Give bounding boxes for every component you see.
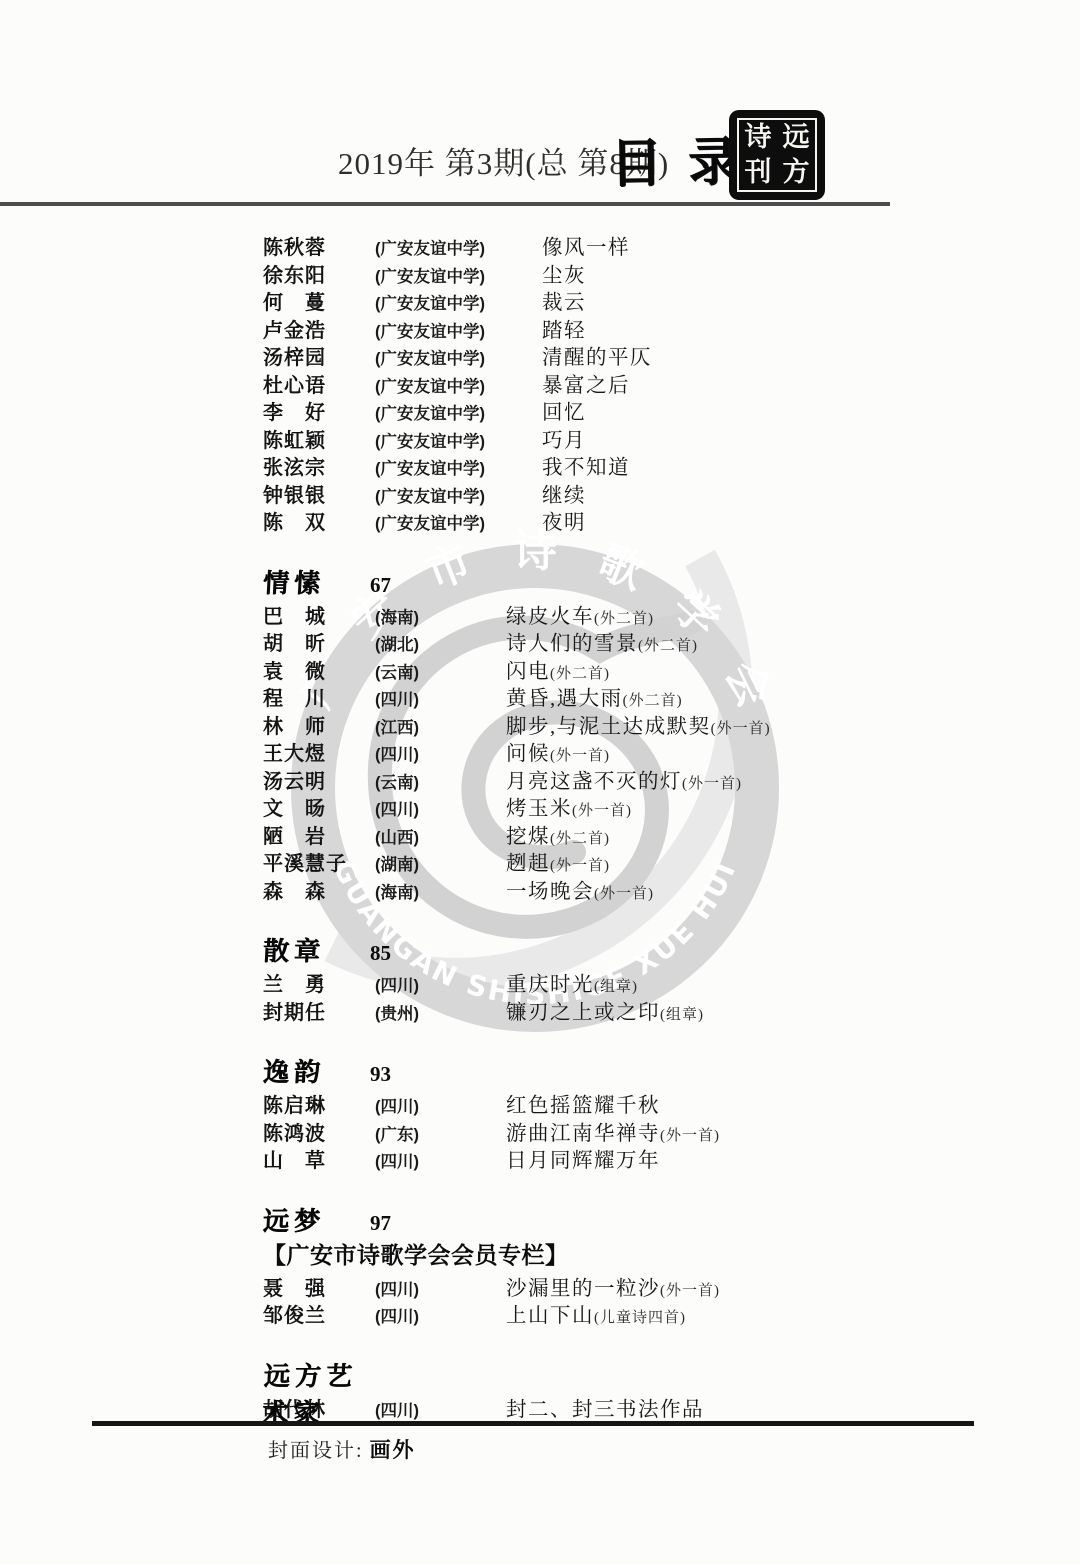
work-note: (外二首) xyxy=(638,638,698,654)
page-title-char-1: 目 xyxy=(610,132,689,194)
author-affiliation: (四川) xyxy=(375,1276,506,1300)
work-title: 像风一样 xyxy=(542,230,630,260)
author-affiliation: (广安友谊中学) xyxy=(375,235,542,259)
author-affiliation: (广安友谊中学) xyxy=(375,345,542,369)
author-name: 陈秋蓉 xyxy=(263,231,375,260)
work-note: (外二首) xyxy=(550,831,610,847)
work-title: 裁云 xyxy=(542,285,586,315)
author-affiliation: (云南) xyxy=(375,769,506,793)
author-name: 程 川 xyxy=(263,682,375,711)
author-name: 陈虹颖 xyxy=(263,424,375,453)
section-title: 远梦 xyxy=(262,1201,371,1238)
author-affiliation: (湖南) xyxy=(375,851,506,875)
toc-section: 情愫67巴 城(海南)绿皮火车(外二首)胡 昕(湖北)诗人们的雪景(外二首)袁 … xyxy=(263,563,983,902)
author-affiliation: (四川) xyxy=(375,796,506,820)
author-name: 胡 昕 xyxy=(263,627,375,656)
author-name: 巴 城 xyxy=(263,600,375,629)
author-affiliation: (贵州) xyxy=(375,1000,506,1024)
author-affiliation: (广东) xyxy=(375,1121,506,1145)
author-affiliation: (广安友谊中学) xyxy=(375,290,542,314)
toc-row: 陈虹颖(广安友谊中学)巧月 xyxy=(263,423,983,451)
work-note: (外一首) xyxy=(550,748,610,764)
author-name: 陈鸿波 xyxy=(263,1117,375,1146)
work-note: (组章) xyxy=(660,1007,704,1023)
section-page-number: 67 xyxy=(370,573,391,598)
toc-row: 汤云明(云南)月亮这盏不灭的灯(外一首) xyxy=(263,764,983,792)
toc-row: 胡 昕(湖北)诗人们的雪景(外二首) xyxy=(263,626,983,654)
work-title: 烤玉米(外一首) xyxy=(506,791,632,821)
author-affiliation: (广安友谊中学) xyxy=(375,318,542,342)
toc-row: 山 草(四川)日月同辉耀万年 xyxy=(263,1143,983,1171)
work-title: 诗人们的雪景(外二首) xyxy=(506,626,698,656)
author-affiliation: (广安友谊中学) xyxy=(375,510,542,534)
toc-row: 巴 城(海南)绿皮火车(外二首) xyxy=(263,599,983,627)
work-title: 我不知道 xyxy=(542,450,630,480)
author-affiliation: (四川) xyxy=(375,686,506,710)
author-name: 何 蔓 xyxy=(263,286,375,315)
work-title: 夜明 xyxy=(542,505,586,535)
toc-section: 逸韵93陈启琳(四川)红色摇篮耀千秋陈鸿波(广东)游曲江南华禅寺(外一首)山 草… xyxy=(263,1052,983,1171)
work-title: 日月同辉耀万年 xyxy=(506,1143,660,1173)
author-affiliation: (广安友谊中学) xyxy=(375,400,542,424)
author-name: 森 森 xyxy=(263,875,375,904)
toc-row: 陈鸿波(广东)游曲江南华禅寺(外一首) xyxy=(263,1116,983,1144)
work-note: (外一首) xyxy=(572,803,632,819)
work-title: 回忆 xyxy=(542,395,586,425)
toc-row: 兰 勇(四川)重庆时光(组章) xyxy=(263,967,983,995)
work-note: (外一首) xyxy=(594,886,654,902)
author-name: 陈 双 xyxy=(263,506,375,535)
seal-char-kan: 刊 xyxy=(739,155,777,190)
seal-char-fang: 方 xyxy=(777,155,815,190)
author-affiliation: (四川) xyxy=(375,1148,506,1172)
toc-row: 邹俊兰(四川)上山下山(儿童诗四首) xyxy=(263,1298,983,1326)
toc-row: 陈启琳(四川)红色摇篮耀千秋 xyxy=(263,1088,983,1116)
section-title: 远方艺术家 xyxy=(261,1356,372,1430)
author-name: 李 好 xyxy=(263,396,375,425)
toc-section: 散章85兰 勇(四川)重庆时光(组章)封期任(贵州)镰刃之上或之印(组章) xyxy=(263,931,983,1022)
work-note: (儿童诗四首) xyxy=(594,1310,686,1326)
author-name: 袁 微 xyxy=(263,655,375,684)
toc-section: 远方艺术家胡代林(四川)封二、封三书法作品 xyxy=(263,1356,983,1420)
section-page-number: 97 xyxy=(370,1211,391,1236)
author-affiliation: (湖北) xyxy=(375,631,506,655)
work-title: 踏轻 xyxy=(542,313,586,343)
section-page-number: 93 xyxy=(370,1062,391,1087)
section-heading: 远方艺术家 xyxy=(263,1356,983,1390)
toc-row: 卢金浩(广安友谊中学)踏轻 xyxy=(263,313,983,341)
toc-row: 聂 强(四川)沙漏里的一粒沙(外一首) xyxy=(263,1271,983,1299)
work-title: 一场晚会(外一首) xyxy=(506,874,654,904)
toc-row: 何 蔓(广安友谊中学)裁云 xyxy=(263,285,983,313)
author-affiliation: (广安友谊中学) xyxy=(375,263,542,287)
toc-row: 文 旸(四川)烤玉米(外一首) xyxy=(263,791,983,819)
work-note: (外一首) xyxy=(682,776,742,792)
author-name: 陈启琳 xyxy=(263,1089,375,1118)
author-affiliation: (四川) xyxy=(375,972,506,996)
author-name: 陋 岩 xyxy=(263,820,375,849)
work-note: (外一首) xyxy=(660,1283,720,1299)
author-affiliation: (四川) xyxy=(375,1093,506,1117)
author-affiliation: (广安友谊中学) xyxy=(375,428,542,452)
journal-seal-grid: 诗 远 刊 方 xyxy=(737,118,817,192)
toc-row: 陈秋蓉(广安友谊中学)像风一样 xyxy=(263,230,983,258)
journal-seal: 诗 远 刊 方 xyxy=(730,111,824,199)
work-title: 清醒的平仄 xyxy=(542,340,652,370)
toc-row: 钟银银(广安友谊中学)继续 xyxy=(263,478,983,506)
author-name: 钟银银 xyxy=(263,479,375,508)
work-title: 趔趄(外一首) xyxy=(506,846,610,876)
toc-row: 林 师(江西)脚步,与泥土达成默契(外一首) xyxy=(263,709,983,737)
author-name: 汤梓园 xyxy=(263,341,375,370)
author-name: 文 旸 xyxy=(263,792,375,821)
work-title: 挖煤(外二首) xyxy=(506,819,610,849)
section-title: 情愫 xyxy=(262,563,371,600)
toc-row: 陋 岩(山西)挖煤(外二首) xyxy=(263,819,983,847)
header-divider xyxy=(0,202,890,206)
author-affiliation: (海南) xyxy=(375,879,506,903)
seal-char-yuan: 远 xyxy=(777,120,815,155)
work-note: (外一首) xyxy=(550,858,610,874)
author-name: 林 师 xyxy=(263,710,375,739)
cover-design-label: 封面设计: xyxy=(268,1434,364,1463)
author-affiliation: (四川) xyxy=(375,1303,506,1327)
author-affiliation: (广安友谊中学) xyxy=(375,373,542,397)
work-note: (外一首) xyxy=(711,721,771,737)
seal-char-shi: 诗 xyxy=(739,120,777,155)
author-name: 汤云明 xyxy=(263,765,375,794)
toc-row: 王大煜(四川)问候(外一首) xyxy=(263,736,983,764)
author-name: 杜心语 xyxy=(263,369,375,398)
toc-list: 陈秋蓉(广安友谊中学)像风一样徐东阳(广安友谊中学)尘灰何 蔓(广安友谊中学)裁… xyxy=(263,230,983,1419)
author-name: 兰 勇 xyxy=(263,968,375,997)
author-name: 聂 强 xyxy=(263,1272,375,1301)
work-title: 镰刃之上或之印(组章) xyxy=(506,995,704,1025)
section-heading: 远梦97 xyxy=(263,1201,983,1235)
work-title: 闪电(外二首) xyxy=(506,654,610,684)
author-affiliation: (广安友谊中学) xyxy=(375,455,542,479)
author-name: 王大煜 xyxy=(263,737,375,766)
toc-section: 陈秋蓉(广安友谊中学)像风一样徐东阳(广安友谊中学)尘灰何 蔓(广安友谊中学)裁… xyxy=(263,230,983,533)
section-page-number: 85 xyxy=(370,941,391,966)
toc-row: 程 川(四川)黄昏,遇大雨(外二首) xyxy=(263,681,983,709)
toc-row: 胡代林(四川)封二、封三书法作品 xyxy=(263,1392,983,1420)
work-title: 巧月 xyxy=(542,423,586,453)
footer-divider xyxy=(92,1421,974,1426)
toc-row: 森 森(海南)一场晚会(外一首) xyxy=(263,874,983,902)
author-name: 徐东阳 xyxy=(263,259,375,288)
toc-row: 李 好(广安友谊中学)回忆 xyxy=(263,395,983,423)
author-affiliation: (山西) xyxy=(375,824,506,848)
author-name: 封期任 xyxy=(263,996,375,1025)
cover-design-credit: 封面设计: 画外 xyxy=(268,1434,416,1464)
section-heading: 情愫67 xyxy=(263,563,983,597)
work-note: (外二首) xyxy=(550,666,610,682)
toc-row: 汤梓园(广安友谊中学)清醒的平仄 xyxy=(263,340,983,368)
author-affiliation: (四川) xyxy=(375,741,506,765)
toc-row: 封期任(贵州)镰刃之上或之印(组章) xyxy=(263,995,983,1023)
work-title: 问候(外一首) xyxy=(506,736,610,766)
author-affiliation: (江西) xyxy=(375,714,506,738)
toc-row: 徐东阳(广安友谊中学)尘灰 xyxy=(263,258,983,286)
work-title: 重庆时光(组章) xyxy=(506,967,638,997)
cover-design-value: 画外 xyxy=(370,1434,416,1464)
author-affiliation: (海南) xyxy=(375,604,506,628)
section-title: 逸韵 xyxy=(262,1052,371,1089)
toc-row: 袁 微(云南)闪电(外二首) xyxy=(263,654,983,682)
author-name: 平溪慧子 xyxy=(263,847,375,876)
toc-row: 平溪慧子(湖南)趔趄(外一首) xyxy=(263,846,983,874)
work-title: 红色摇篮耀千秋 xyxy=(506,1088,660,1118)
work-title: 脚步,与泥土达成默契(外一首) xyxy=(506,709,771,739)
toc-row: 陈 双(广安友谊中学)夜明 xyxy=(263,505,983,533)
section-title: 散章 xyxy=(262,931,371,968)
work-note: (外二首) xyxy=(623,693,683,709)
work-title: 沙漏里的一粒沙(外一首) xyxy=(506,1271,720,1301)
work-note: (外一首) xyxy=(660,1128,720,1144)
section-heading: 逸韵93 xyxy=(263,1052,983,1086)
work-note: (外二首) xyxy=(594,611,654,627)
author-name: 邹俊兰 xyxy=(263,1299,375,1328)
toc-row: 张泫宗(广安友谊中学)我不知道 xyxy=(263,450,983,478)
work-title: 上山下山(儿童诗四首) xyxy=(506,1298,686,1328)
work-title: 封二、封三书法作品 xyxy=(506,1392,704,1422)
section-heading: 散章85 xyxy=(263,931,983,965)
toc-row: 杜心语(广安友谊中学)暴富之后 xyxy=(263,368,983,396)
author-affiliation: (广安友谊中学) xyxy=(375,483,542,507)
author-name: 张泫宗 xyxy=(263,451,375,480)
author-name: 山 草 xyxy=(263,1144,375,1173)
work-title: 尘灰 xyxy=(542,258,586,288)
work-title: 游曲江南华禅寺(外一首) xyxy=(506,1116,720,1146)
work-title: 暴富之后 xyxy=(542,368,630,398)
author-name: 卢金浩 xyxy=(263,314,375,343)
toc-section: 远梦97【广安市诗歌学会会员专栏】聂 强(四川)沙漏里的一粒沙(外一首)邹俊兰(… xyxy=(263,1201,983,1326)
work-note: (组章) xyxy=(594,979,638,995)
author-affiliation: (四川) xyxy=(375,1397,506,1421)
work-title: 继续 xyxy=(542,478,586,508)
work-title: 月亮这盏不灭的灯(外一首) xyxy=(506,764,742,794)
work-title: 黄昏,遇大雨(外二首) xyxy=(506,681,683,711)
section-subheading: 【广安市诗歌学会会员专栏】 xyxy=(263,1237,983,1271)
work-title: 绿皮火车(外二首) xyxy=(506,599,654,629)
author-affiliation: (云南) xyxy=(375,659,506,683)
